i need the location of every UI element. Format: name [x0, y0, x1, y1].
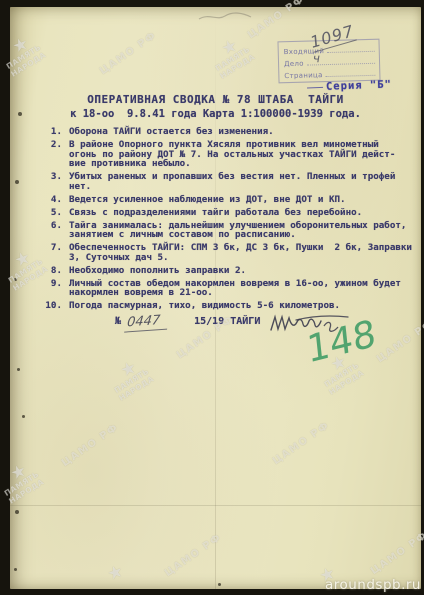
binding-hole	[14, 278, 17, 281]
item-text: Связь с подразделениями тайги работала б…	[69, 208, 411, 218]
report-item: 7. Обеспеченность ТАЙГИ: СПМ 3 бк, ДС 3 …	[38, 243, 411, 262]
report-item: 4. Ведется усиленное наблюдение из ДОТ, …	[38, 195, 411, 205]
report-item: 3. Убитых раненых и пропавших без вестия…	[38, 172, 411, 191]
series-stamp-label: Серия "Б"	[326, 79, 392, 93]
item-number: 3.	[38, 172, 62, 191]
item-text: вие противника небыло.	[69, 159, 411, 169]
document-subtitle: к 18-оо 9.8.41 года Карта 1:100000-1939 …	[10, 108, 421, 120]
stamp-row-page: Страница	[284, 71, 322, 80]
site-watermark: aroundspb.ru	[325, 577, 421, 593]
report-item-list: 1. Оборона ТАЙГИ остается без изменения.…	[38, 127, 411, 314]
item-number: 1.	[38, 127, 62, 137]
item-text: Погода пасмурная, тихо, видимость 5-6 ки…	[69, 301, 411, 311]
report-item: 5. Связь с подразделениями тайги работал…	[38, 208, 411, 218]
doc-number-prefix: №	[115, 316, 121, 327]
stamp-dotted-line	[327, 51, 375, 53]
item-number: 5.	[38, 208, 62, 218]
series-stamp: Серия "Б"	[307, 79, 392, 94]
binding-hole	[22, 415, 25, 418]
document-heading: ОПЕРАТИВНАЯ СВОДКА № 78 ШТАБА ТАЙГИ к 18…	[10, 93, 421, 120]
item-text: накормлен вовремя в 21-оо.	[69, 288, 411, 298]
document-title: ОПЕРАТИВНАЯ СВОДКА № 78 ШТАБА ТАЙГИ	[10, 93, 421, 106]
item-number: 7.	[38, 243, 62, 262]
item-number: 4.	[38, 195, 62, 205]
binding-hole	[15, 510, 19, 514]
report-item: 10. Погода пасмурная, тихо, видимость 5-…	[38, 301, 411, 311]
item-text: занятием с личным составом по расписанию…	[69, 230, 411, 240]
report-item: 1. Оборона ТАЙГИ остается без изменения.	[38, 127, 411, 137]
scanned-document-page: Входящий Дело Страница ч 1097 Серия "Б" …	[0, 0, 424, 595]
handwritten-check-mark: ч	[313, 51, 320, 65]
report-item: 6. Тайга занималась: дальнейшим улучшени…	[38, 221, 411, 240]
item-number: 2.	[38, 140, 62, 169]
stamp-dotted-line	[326, 75, 376, 77]
item-text: Необходимо пополнить заправки 2.	[69, 266, 411, 276]
horizontal-crease	[10, 505, 421, 506]
handwritten-doc-number: 0447	[124, 312, 169, 332]
pencil-scribble	[195, 9, 255, 25]
dispatch-code: 15/19 ТАЙГИ	[194, 316, 260, 327]
paper-sheet: Входящий Дело Страница ч 1097 Серия "Б" …	[10, 7, 421, 589]
series-stamp-line	[307, 86, 323, 88]
report-item: 2. В районе Опорного пункта Хясяля проти…	[38, 140, 411, 169]
binding-hole	[14, 568, 17, 571]
binding-hole	[15, 180, 19, 184]
report-item: 8. Необходимо пополнить заправки 2.	[38, 266, 411, 276]
item-text: 3, Суточных дач 5.	[69, 253, 412, 263]
item-number: 6.	[38, 221, 62, 240]
item-number: 8.	[38, 266, 62, 276]
report-item: 9. Личный состав обедом накормлен воврем…	[38, 279, 411, 298]
item-text: Убитых раненых и пропавших без вестия не…	[69, 172, 411, 182]
paper-speck	[218, 583, 221, 586]
item-text: Ведется усиленное наблюдение из ДОТ, вне…	[69, 195, 411, 205]
stamp-row-case: Дело	[284, 60, 304, 69]
binding-hole	[17, 368, 20, 371]
item-text: нет.	[69, 182, 411, 192]
item-number: 10.	[38, 301, 62, 311]
item-text: Оборона ТАЙГИ остается без изменения.	[69, 127, 411, 137]
item-number: 9.	[38, 279, 62, 298]
